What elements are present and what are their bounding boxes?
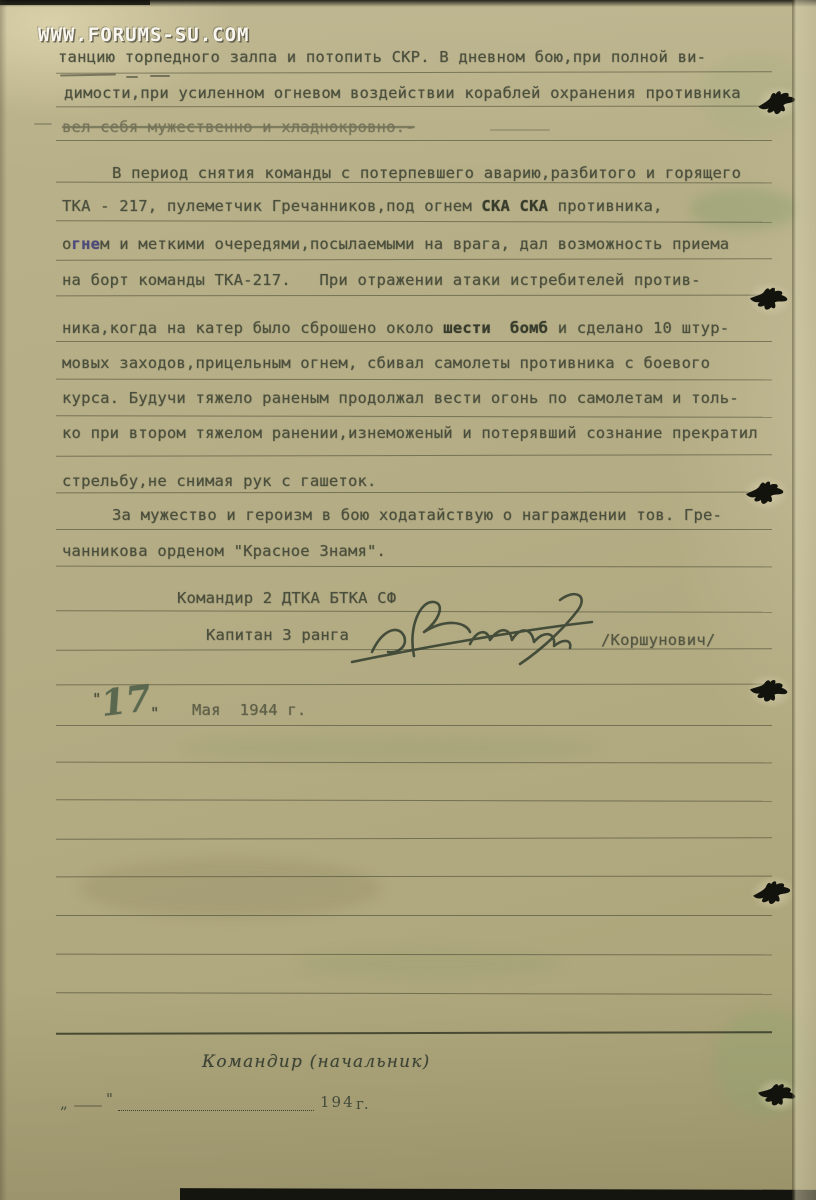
- punch-hole: [746, 673, 794, 709]
- punch-hole: [750, 876, 796, 910]
- watermark: WWW.FORUMS-SU.COM: [38, 24, 249, 46]
- punch-holes-layer: [0, 0, 816, 1200]
- punch-hole: [744, 478, 788, 508]
- punch-hole: [747, 282, 793, 316]
- page-edge-left: [0, 0, 7, 1200]
- page-edge-right: [792, 0, 816, 1200]
- scan-edge-bottom: [180, 1188, 816, 1200]
- scan-edge-top-left: [0, 0, 150, 5]
- document-page: танцию торпедного залпа и потопить СКР. …: [0, 0, 816, 1200]
